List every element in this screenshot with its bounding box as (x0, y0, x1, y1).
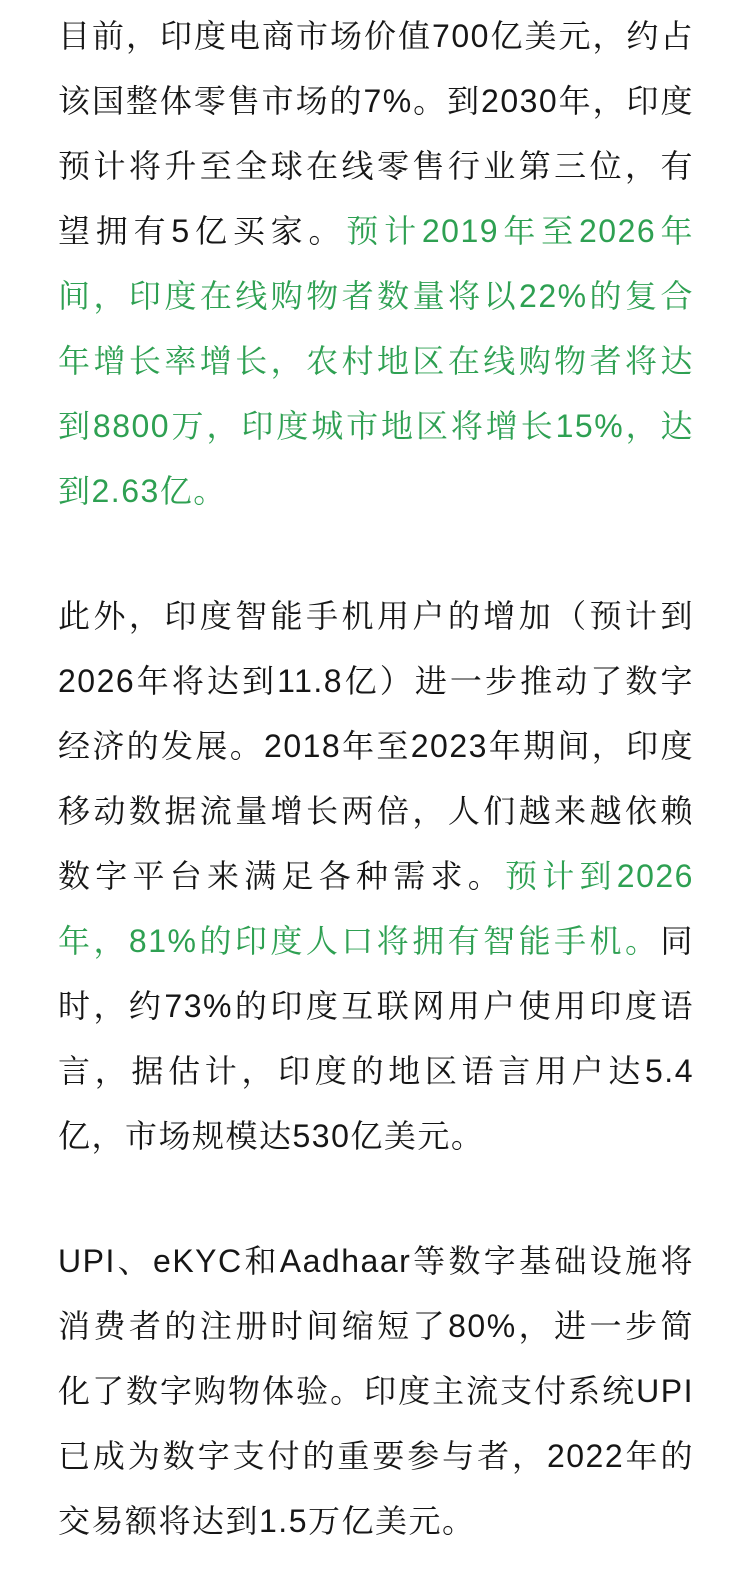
paragraph: UPI、eKYC和Aadhaar等数字基础设施将消费者的注册时间缩短了80%，进… (58, 1229, 694, 1554)
article-body: 目前，印度电商市场价值700亿美元，约占该国整体零售市场的7%。到2030年，印… (58, 4, 694, 1554)
text-segment: UPI、eKYC和Aadhaar等数字基础设施将消费者的注册时间缩短了80%，进… (58, 1243, 694, 1539)
highlighted-text-segment: 预计2019年至2026年间，印度在线购物者数量将以22%的复合年增长率增长，农… (58, 213, 694, 509)
paragraph: 目前，印度电商市场价值700亿美元，约占该国整体零售市场的7%。到2030年，印… (58, 4, 694, 524)
text-segment: 此外，印度智能手机用户的增加（预计到2026年将达到11.8亿）进一步推动了数字… (58, 598, 694, 894)
paragraph: 此外，印度智能手机用户的增加（预计到2026年将达到11.8亿）进一步推动了数字… (58, 584, 694, 1169)
article-page: 目前，印度电商市场价值700亿美元，约占该国整体零售市场的7%。到2030年，印… (0, 0, 750, 1574)
